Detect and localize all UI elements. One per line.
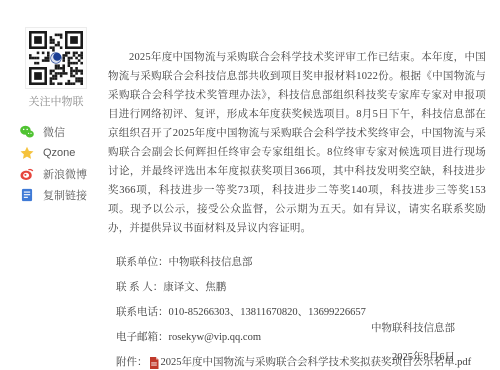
share-weibo-button[interactable]: 新浪微博 (20, 164, 87, 184)
announcement-paragraph: 2025年度中国物流与采购联合会科学技术奖评审工作已结束。本年度，中国物流与采购… (108, 48, 486, 238)
announcement-page: 关注中物联 微信 (0, 0, 500, 370)
signature-date: 2025年8月6日 (371, 349, 455, 364)
contact-unit-value: 中物联科技信息部 (169, 257, 253, 268)
left-rail: 关注中物联 微信 (0, 0, 105, 370)
signature-block: 中物联科技信息部 2025年8月6日 (371, 320, 455, 364)
copy-link-icon (20, 188, 34, 202)
contact-phone-label: 联系电话： (116, 307, 169, 318)
wechat-icon (20, 125, 34, 139)
contact-unit-line: 联系单位：中物联科技信息部 (116, 250, 486, 275)
share-qzone-label: Qzone (43, 147, 75, 159)
weibo-icon (20, 167, 34, 181)
pdf-file-icon (149, 357, 159, 369)
copy-link-label: 复制链接 (43, 187, 87, 203)
share-weibo-label: 新浪微博 (43, 166, 87, 182)
copy-link-button[interactable]: 复制链接 (20, 185, 87, 205)
contact-person-value: 康译文、焦鹏 (163, 282, 226, 293)
share-wechat-button[interactable]: 微信 (20, 122, 87, 142)
qr-caption: 关注中物联 (16, 93, 96, 109)
attachment-label: 附件： (116, 350, 148, 370)
contact-email-label: 电子邮箱： (116, 332, 169, 343)
signature-department: 中物联科技信息部 (371, 320, 455, 335)
contact-unit-label: 联系单位： (116, 257, 169, 268)
share-wechat-label: 微信 (43, 124, 65, 140)
contact-person-line: 联 系 人：康译文、焦鹏 (116, 275, 486, 300)
qzone-icon (20, 146, 34, 160)
share-list: 微信 Qzone (20, 122, 87, 206)
share-qzone-button[interactable]: Qzone (20, 143, 87, 163)
contact-person-label: 联 系 人： (116, 282, 163, 293)
contact-phone-value: 010-85266303、13811670820、13699226657 (169, 307, 366, 318)
qr-code (25, 27, 87, 89)
contact-email-value: rosekyw@vip.qq.com (169, 332, 262, 343)
